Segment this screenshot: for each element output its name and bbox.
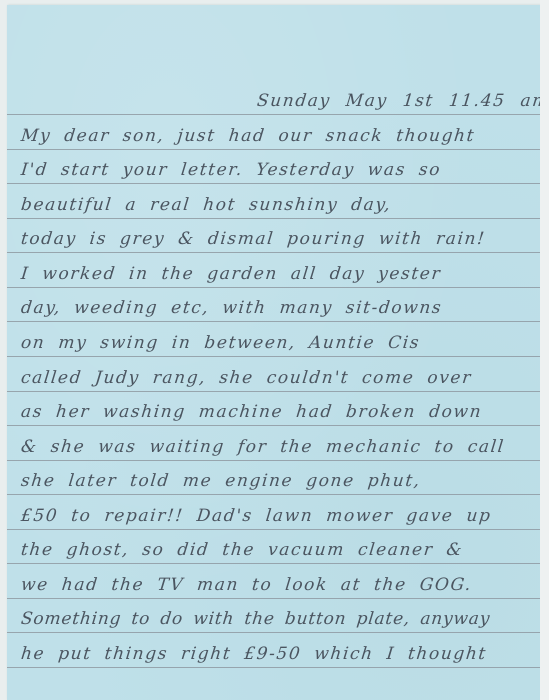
letter-date-header: Sunday May 1st 11.45 am [256, 91, 549, 111]
letter-line: called Judy rang, she couldn't come over [20, 368, 473, 388]
ruled-line [7, 321, 540, 322]
letter-line: day, weeding etc, with many sit-downs [20, 298, 443, 318]
ruled-line [7, 667, 540, 668]
ruled-line [7, 563, 540, 564]
ruled-line [7, 114, 540, 115]
letter-line: the ghost, so did the vacuum cleaner & [20, 540, 464, 560]
letter-line: beautiful a real hot sunshiny day, [20, 195, 392, 215]
letter-line: £50 to repair!! Dad's lawn mower gave up [20, 506, 493, 526]
ruled-line [7, 149, 540, 150]
ruled-line [7, 252, 540, 253]
ruled-line [7, 494, 540, 495]
scan-margin [540, 0, 549, 700]
letter-line: we had the TV man to look at the GOG. [20, 575, 473, 595]
letter-line: I'd start your letter. Yesterday was so [20, 160, 442, 180]
ruled-line [7, 391, 540, 392]
ruled-line [7, 632, 540, 633]
ruled-line [7, 529, 540, 530]
letter-line: he put things right £9-50 which I though… [20, 644, 488, 664]
letter-line: I worked in the garden all day yester [20, 264, 442, 284]
ruled-line [7, 460, 540, 461]
ruled-line [7, 598, 540, 599]
letter-line: & she was waiting for the mechanic to ca… [20, 437, 506, 457]
letter-line: on my swing in between, Auntie Cis [20, 333, 421, 353]
ruled-line [7, 287, 540, 288]
ruled-line [7, 425, 540, 426]
ruled-line [7, 183, 540, 184]
letter-line: My dear son, just had our snack thought [20, 126, 476, 146]
ruled-line [7, 356, 540, 357]
ruled-line [7, 218, 540, 219]
letter-line: Something to do with the button plate, a… [20, 609, 491, 629]
letter-line: as her washing machine had broken down [20, 402, 483, 422]
letter-line: she later told me engine gone phut, [20, 471, 422, 491]
letter-paper: Sunday May 1st 11.45 am My dear son, jus… [7, 5, 540, 700]
letter-line: today is grey & dismal pouring with rain… [20, 229, 487, 249]
